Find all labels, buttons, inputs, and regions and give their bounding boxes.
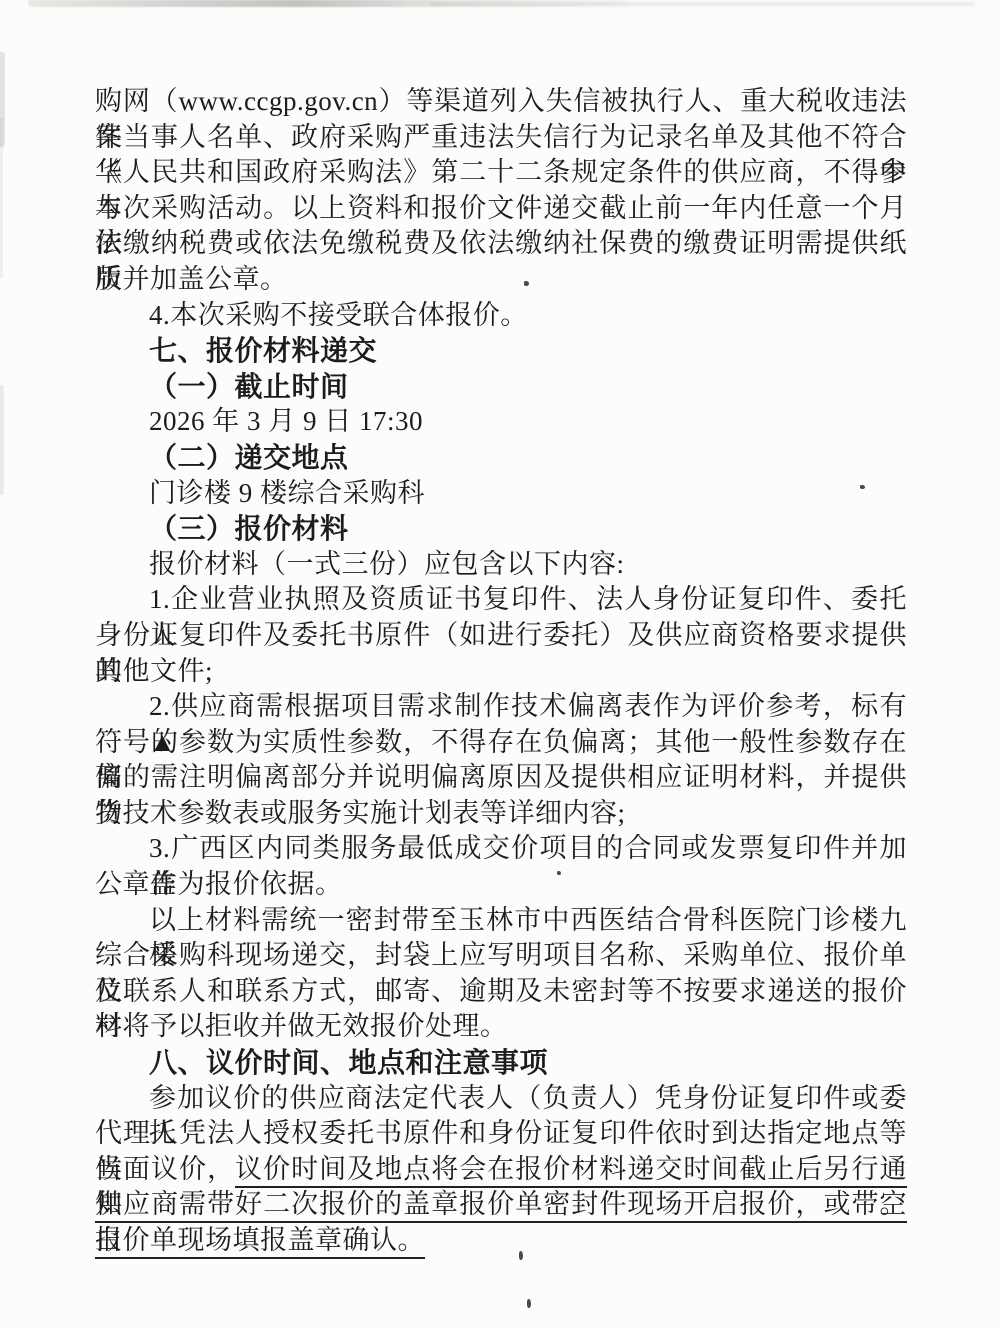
scan-speck xyxy=(527,1299,531,1308)
text-segment: 报价材料（一式三份）应包含以下内容: xyxy=(149,549,625,579)
text-line: 件当事人名单、政府采购严重违法失信行为记录名单及其他不符合《中 xyxy=(95,120,907,156)
text-line: 参加议价的供应商法定代表人（负责人）凭身份证复印件或委托 xyxy=(95,1081,907,1117)
heading-line: （一）截止时间 xyxy=(95,369,907,405)
heading-line: 八、议价时间、地点和注意事项 xyxy=(95,1045,907,1081)
heading-line: （三）报价材料 xyxy=(95,511,907,547)
heading-line: （二）递交地点 xyxy=(95,440,907,476)
text-segment: 2026 年 3 月 9 日 17:30 xyxy=(149,406,423,436)
text-line: 2026 年 3 月 9 日 17:30 xyxy=(95,404,907,440)
scan-edge-artifact xyxy=(28,0,628,7)
text-segment: 公章作为报价依据。 xyxy=(95,869,343,899)
text-segment: 料将予以拒收并做无效报价处理。 xyxy=(95,1011,508,1041)
scan-edge-artifact xyxy=(0,118,3,278)
text-line: 符号的参数为实质性参数，不得存在负偏离；其他一般性参数存在偏 xyxy=(95,725,907,761)
text-segment: 八、议价时间、地点和注意事项 xyxy=(149,1047,548,1078)
text-line: 以上材料需统一密封带至玉林市中西医结合骨科医院门诊楼九楼 xyxy=(95,903,907,939)
text-line: 华人民共和国政府采购法》第二十二条规定条件的供应商，不得参与 xyxy=(95,155,907,191)
text-line: 综合采购科现场递交，封袋上应写明项目名称、采购单位、报价单位 xyxy=(95,938,907,974)
text-segment: （三）报价材料 xyxy=(149,513,349,544)
text-line: 1.企业营业执照及资质证书复印件、法人身份证复印件、委托人 xyxy=(95,582,907,618)
text-segment: 版并加盖公章。 xyxy=(95,264,288,294)
text-line: 身份证复印件及委托书原件（如进行委托）及供应商资格要求提供的 xyxy=(95,618,907,654)
text-line: 公章作为报价依据。 xyxy=(95,867,907,903)
text-segment: 七、报价材料递交 xyxy=(149,335,377,366)
underlined-text-segment: 报价单现场填报盖章确认。 xyxy=(95,1225,425,1259)
text-segment: 当面议价， xyxy=(95,1154,235,1184)
scanned-document-page: 购网（www.ccgp.gov.cn）等渠道列入失信被执行人、重大税收违法案件当… xyxy=(0,0,1000,1328)
text-line: 物技术参数表或服务实施计划表等详细内容; xyxy=(95,796,907,832)
text-line: 法缴纳税费或依法免缴税费及依法缴纳社保费的缴费证明需提供纸质 xyxy=(95,226,907,262)
text-line: 离的需注明偏离部分并说明偏离原因及提供相应证明材料，并提供货 xyxy=(95,760,907,796)
text-line: 3.广西区内同类服务最低成交价项目的合同或发票复印件并加盖 xyxy=(95,831,907,867)
text-line: 4.本次采购不接受联合体报价。 xyxy=(95,298,907,334)
document-lines: 购网（www.ccgp.gov.cn）等渠道列入失信被执行人、重大税收违法案件当… xyxy=(95,84,907,1259)
text-segment: 物技术参数表或服务实施计划表等详细内容; xyxy=(95,798,626,828)
text-line: 版并加盖公章。 xyxy=(95,262,907,298)
text-segment: 4.本次采购不接受联合体报价。 xyxy=(149,300,528,330)
text-segment: （一）截止时间 xyxy=(149,371,349,402)
text-line: 报价材料（一式三份）应包含以下内容: xyxy=(95,547,907,583)
text-line: 报价单现场填报盖章确认。 xyxy=(95,1223,907,1259)
text-line: 其他文件; xyxy=(95,654,907,690)
text-line: 供应商需带好二次报价的盖章报价单密封件现场开启报价，或带空白 xyxy=(95,1187,907,1223)
text-line: 门诊楼 9 楼综合采购科 xyxy=(95,476,907,512)
text-segment: 其他文件; xyxy=(95,656,213,686)
text-line: 本次采购活动。以上资料和报价文件递交截止前一年内任意一个月依 xyxy=(95,191,907,227)
scan-edge-artifact xyxy=(0,385,4,495)
heading-line: 七、报价材料递交 xyxy=(95,333,907,369)
text-line: 及联系人和联系方式，邮寄、逾期及未密封等不按要求递送的报价材 xyxy=(95,974,907,1010)
text-line: 当面议价，议价时间及地点将会在报价材料递交时间截止后另行通知。 xyxy=(95,1152,907,1188)
text-segment: （二）递交地点 xyxy=(149,442,349,473)
text-line: 料将予以拒收并做无效报价处理。 xyxy=(95,1009,907,1045)
scan-edge-artifact xyxy=(0,52,5,147)
text-line: 购网（www.ccgp.gov.cn）等渠道列入失信被执行人、重大税收违法案 xyxy=(95,84,907,120)
text-line: 代理人凭法人授权委托书原件和身份证复印件依时到达指定地点等候 xyxy=(95,1116,907,1152)
text-line: 2.供应商需根据项目需求制作技术偏离表作为评价参考，标有▲ xyxy=(95,689,907,725)
text-segment: 门诊楼 9 楼综合采购科 xyxy=(149,478,425,508)
scan-edge-artifact xyxy=(430,2,975,6)
